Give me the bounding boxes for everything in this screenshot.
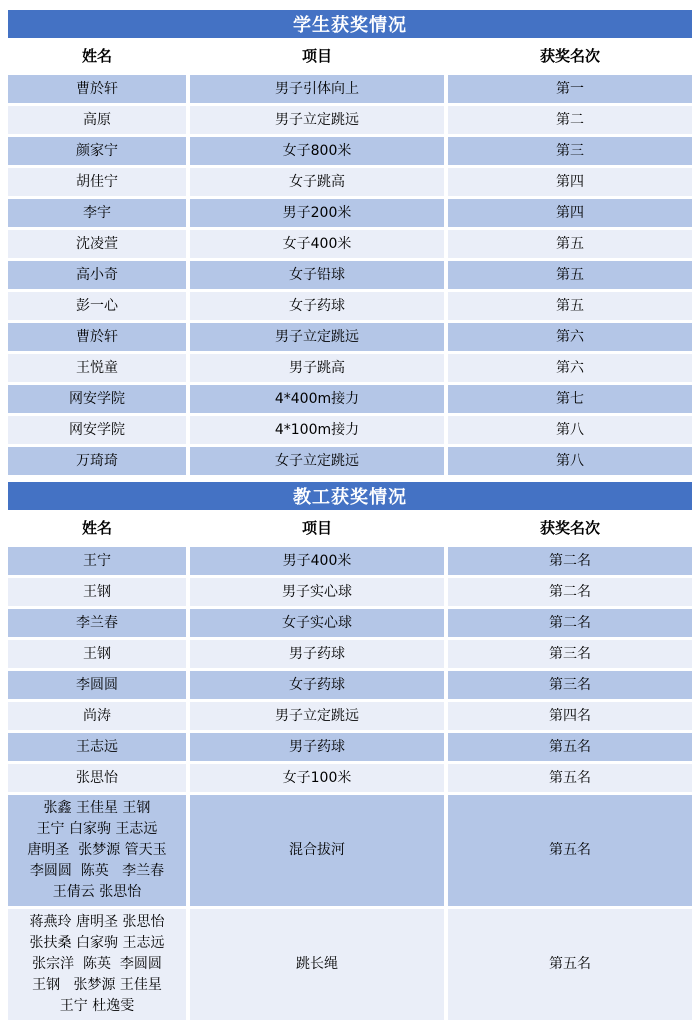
- cell-rank: 第五: [448, 261, 692, 289]
- student-awards-section: 学生获奖情况 姓名 项目 获奖名次 曹於轩 男子引体向上 第一 高原 男子立定跳…: [8, 10, 692, 475]
- column-header-name: 姓名: [8, 513, 186, 544]
- cell-event: 女子400米: [190, 230, 444, 258]
- cell-event: 女子铅球: [190, 261, 444, 289]
- cell-name: 高小奇: [8, 261, 186, 289]
- cell-name: 王宁: [8, 547, 186, 575]
- cell-name: 张鑫 王佳星 王钢 王宁 白家驹 王志远 唐明圣 张梦源 管天玉 李圆圆 陈英 …: [8, 795, 186, 906]
- table-row: 王宁 男子400米 第二名: [8, 547, 692, 575]
- cell-name: 网安学院: [8, 385, 186, 413]
- table-row: 网安学院 4*100m接力 第八: [8, 416, 692, 444]
- cell-event: 男子跳高: [190, 354, 444, 382]
- cell-rank: 第五名: [448, 795, 692, 906]
- table-row: 张鑫 王佳星 王钢 王宁 白家驹 王志远 唐明圣 张梦源 管天玉 李圆圆 陈英 …: [8, 795, 692, 906]
- cell-rank: 第二名: [448, 609, 692, 637]
- cell-rank: 第一: [448, 75, 692, 103]
- staff-table-header-row: 姓名 项目 获奖名次: [8, 513, 692, 544]
- cell-name: 李兰春: [8, 609, 186, 637]
- cell-name: 王钢: [8, 640, 186, 668]
- staff-awards-section: 教工获奖情况 姓名 项目 获奖名次 王宁 男子400米 第二名 王钢 男子实心球…: [8, 482, 692, 1020]
- column-header-name: 姓名: [8, 41, 186, 72]
- awards-page: 学生获奖情况 姓名 项目 获奖名次 曹於轩 男子引体向上 第一 高原 男子立定跳…: [0, 0, 700, 1020]
- cell-rank: 第二名: [448, 547, 692, 575]
- cell-event: 女子800米: [190, 137, 444, 165]
- cell-event: 跳长绳: [190, 909, 444, 1020]
- cell-event: 4*100m接力: [190, 416, 444, 444]
- table-row: 曹於轩 男子立定跳远 第六: [8, 323, 692, 351]
- cell-event: 男子立定跳远: [190, 323, 444, 351]
- cell-name: 尚涛: [8, 702, 186, 730]
- student-section-title-bar: 学生获奖情况: [8, 10, 692, 38]
- cell-name: 张思怡: [8, 764, 186, 792]
- cell-name: 高原: [8, 106, 186, 134]
- cell-event: 女子药球: [190, 671, 444, 699]
- cell-event: 男子立定跳远: [190, 702, 444, 730]
- table-row: 李宇 男子200米 第四: [8, 199, 692, 227]
- table-row: 张思怡 女子100米 第五名: [8, 764, 692, 792]
- cell-rank: 第四: [448, 168, 692, 196]
- table-row: 高原 男子立定跳远 第二: [8, 106, 692, 134]
- cell-name: 万琦琦: [8, 447, 186, 475]
- cell-event: 女子药球: [190, 292, 444, 320]
- table-row: 王钢 男子实心球 第二名: [8, 578, 692, 606]
- cell-event: 男子药球: [190, 733, 444, 761]
- cell-event: 男子立定跳远: [190, 106, 444, 134]
- cell-event: 女子100米: [190, 764, 444, 792]
- cell-rank: 第八: [448, 416, 692, 444]
- cell-name: 曹於轩: [8, 323, 186, 351]
- table-row: 网安学院 4*400m接力 第七: [8, 385, 692, 413]
- cell-event: 混合拔河: [190, 795, 444, 906]
- cell-event: 4*400m接力: [190, 385, 444, 413]
- staff-section-title: 教工获奖情况: [293, 483, 407, 509]
- column-header-event: 项目: [190, 513, 444, 544]
- cell-rank: 第五名: [448, 733, 692, 761]
- cell-event: 男子引体向上: [190, 75, 444, 103]
- cell-name: 蒋燕玲 唐明圣 张思怡 张扶桑 白家驹 王志远 张宗洋 陈英 李圆圆 王钢 张梦…: [8, 909, 186, 1020]
- table-row: 沈凌萱 女子400米 第五: [8, 230, 692, 258]
- cell-name: 胡佳宁: [8, 168, 186, 196]
- table-row: 高小奇 女子铅球 第五: [8, 261, 692, 289]
- cell-name: 王志远: [8, 733, 186, 761]
- cell-rank: 第五: [448, 230, 692, 258]
- table-row: 王钢 男子药球 第三名: [8, 640, 692, 668]
- student-table-header-row: 姓名 项目 获奖名次: [8, 41, 692, 72]
- cell-rank: 第六: [448, 354, 692, 382]
- column-header-rank: 获奖名次: [448, 513, 692, 544]
- cell-event: 女子跳高: [190, 168, 444, 196]
- cell-event: 男子实心球: [190, 578, 444, 606]
- table-row: 尚涛 男子立定跳远 第四名: [8, 702, 692, 730]
- cell-name: 彭一心: [8, 292, 186, 320]
- cell-rank: 第三: [448, 137, 692, 165]
- column-header-rank: 获奖名次: [448, 41, 692, 72]
- table-row: 万琦琦 女子立定跳远 第八: [8, 447, 692, 475]
- cell-event: 男子药球: [190, 640, 444, 668]
- cell-rank: 第三名: [448, 640, 692, 668]
- table-row: 颜家宁 女子800米 第三: [8, 137, 692, 165]
- cell-rank: 第五名: [448, 764, 692, 792]
- cell-rank: 第八: [448, 447, 692, 475]
- cell-rank: 第四: [448, 199, 692, 227]
- cell-rank: 第五名: [448, 909, 692, 1020]
- table-row: 胡佳宁 女子跳高 第四: [8, 168, 692, 196]
- cell-name: 李圆圆: [8, 671, 186, 699]
- staff-table-body: 王宁 男子400米 第二名 王钢 男子实心球 第二名 李兰春 女子实心球 第二名…: [8, 547, 692, 1020]
- table-row: 李兰春 女子实心球 第二名: [8, 609, 692, 637]
- cell-rank: 第二名: [448, 578, 692, 606]
- cell-rank: 第五: [448, 292, 692, 320]
- cell-name: 网安学院: [8, 416, 186, 444]
- cell-name: 王悦童: [8, 354, 186, 382]
- cell-rank: 第七: [448, 385, 692, 413]
- cell-name: 曹於轩: [8, 75, 186, 103]
- cell-name: 沈凌萱: [8, 230, 186, 258]
- table-row: 王悦童 男子跳高 第六: [8, 354, 692, 382]
- column-header-event: 项目: [190, 41, 444, 72]
- cell-rank: 第二: [448, 106, 692, 134]
- table-row: 曹於轩 男子引体向上 第一: [8, 75, 692, 103]
- student-table-body: 曹於轩 男子引体向上 第一 高原 男子立定跳远 第二 颜家宁 女子800米 第三…: [8, 75, 692, 475]
- table-row: 蒋燕玲 唐明圣 张思怡 张扶桑 白家驹 王志远 张宗洋 陈英 李圆圆 王钢 张梦…: [8, 909, 692, 1020]
- staff-section-title-bar: 教工获奖情况: [8, 482, 692, 510]
- cell-event: 男子400米: [190, 547, 444, 575]
- table-row: 彭一心 女子药球 第五: [8, 292, 692, 320]
- cell-name: 颜家宁: [8, 137, 186, 165]
- table-row: 王志远 男子药球 第五名: [8, 733, 692, 761]
- table-row: 李圆圆 女子药球 第三名: [8, 671, 692, 699]
- student-section-title: 学生获奖情况: [293, 11, 407, 37]
- cell-name: 王钢: [8, 578, 186, 606]
- cell-event: 女子实心球: [190, 609, 444, 637]
- cell-rank: 第三名: [448, 671, 692, 699]
- cell-event: 女子立定跳远: [190, 447, 444, 475]
- cell-rank: 第四名: [448, 702, 692, 730]
- cell-name: 李宇: [8, 199, 186, 227]
- cell-rank: 第六: [448, 323, 692, 351]
- cell-event: 男子200米: [190, 199, 444, 227]
